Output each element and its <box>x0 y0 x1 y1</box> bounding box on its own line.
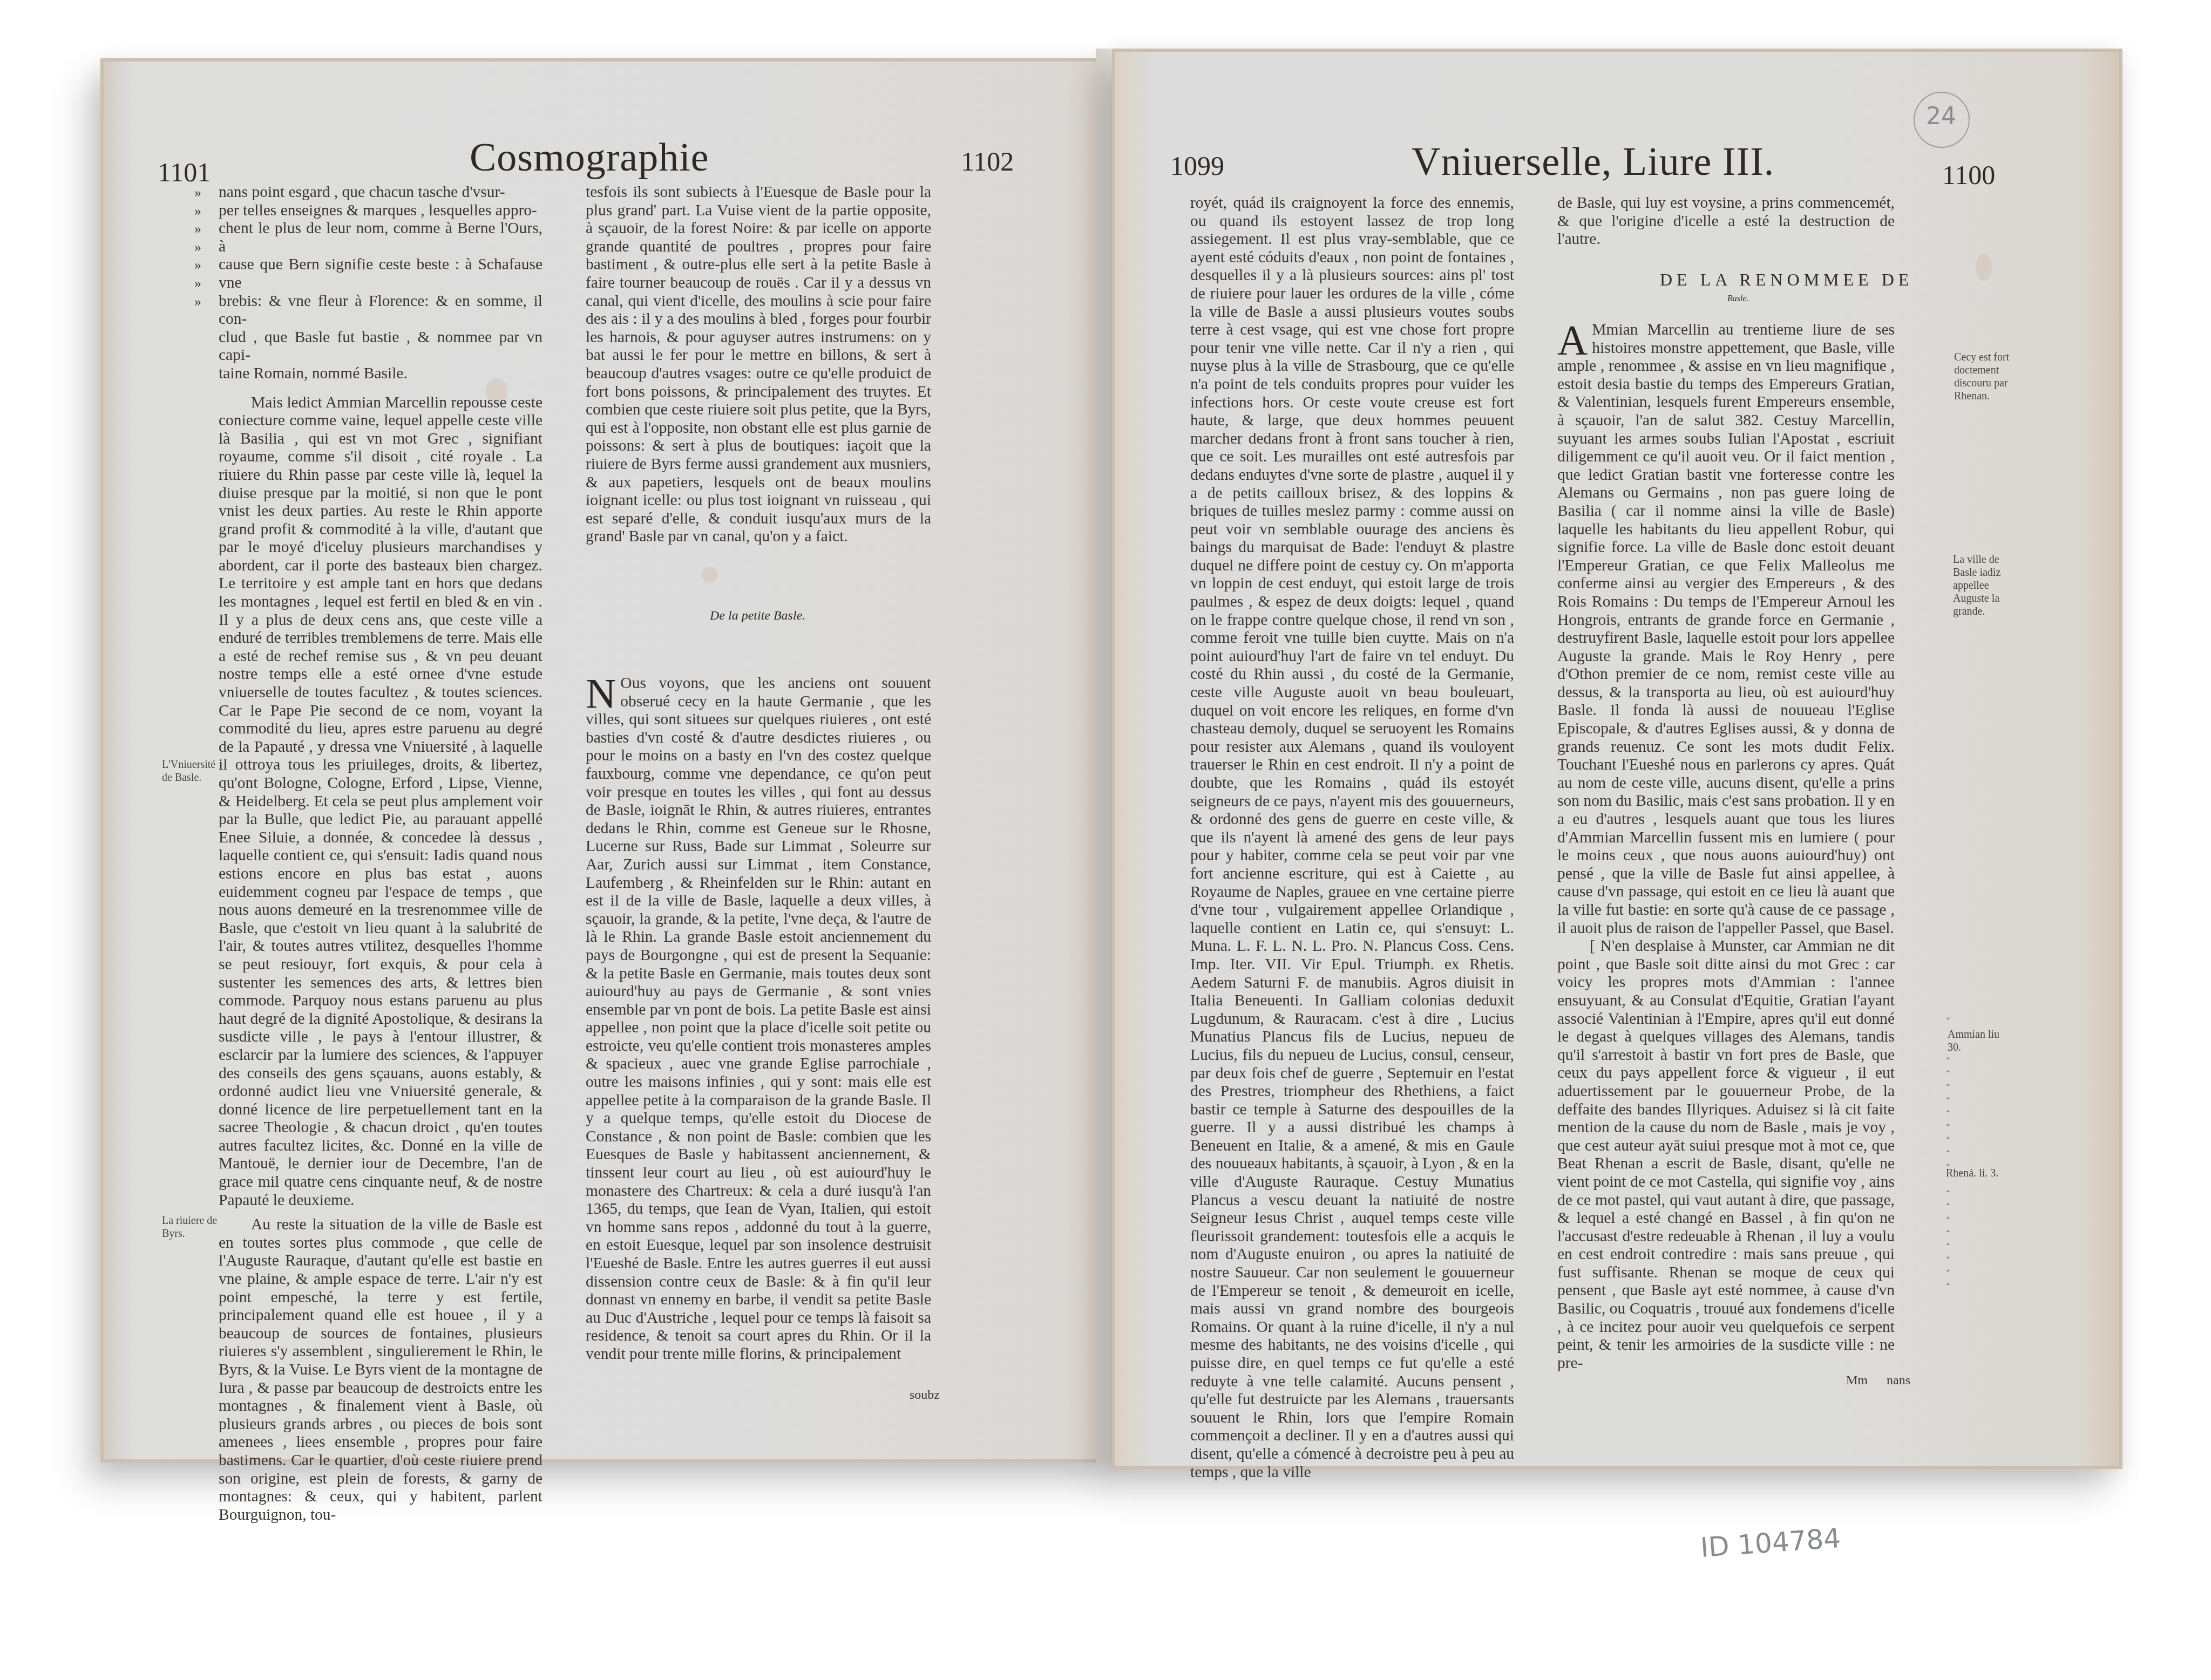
quoted-line: per telles enseignes & marques , lesquel… <box>219 202 542 220</box>
foxing-stain <box>1976 254 1992 281</box>
quoted-line: chent le plus de leur nom, comme à Berne… <box>219 220 542 256</box>
dropcap-n: N <box>586 677 616 710</box>
pencil-number-24: 24 <box>1926 103 1956 130</box>
paragraph: Au reste la situation de la ville de Bas… <box>219 1216 542 1524</box>
pencil-inventory-number: ID 104784 <box>1699 1522 1841 1563</box>
paragraph: royét, quád ils craignoyent la force des… <box>1190 194 1514 1481</box>
paragraph: tesfois ils sont subiects à l'Euesque de… <box>586 183 931 546</box>
margin-note-rhenan: Cecy est fort doctement discouru par Rhe… <box>1954 351 2013 403</box>
column-3: royét, quád ils craignoyent la force des… <box>1190 194 1514 1481</box>
paragraph: [ N'en desplaise à Munster, car Ammian n… <box>1557 937 1895 1372</box>
margin-note-universite: L'Vniuersité de Basle. <box>162 758 221 784</box>
foxing-stain <box>702 567 718 583</box>
paragraph: Mmian Marcellin au trentieme liure de se… <box>1557 321 1895 937</box>
margin-note-riuiere-byrs: La riuiere de Byrs. <box>162 1214 221 1240</box>
subheading-petite-basle: De la petite Basle. <box>710 609 805 623</box>
section-heading-renommee: DE LA RENOMMEE DE <box>1660 270 1913 290</box>
dropcap-a: A <box>1557 323 1588 357</box>
running-head-vniuerselle: Vniuerselle, Liure III. <box>1412 139 1774 185</box>
margin-note-auguste: La ville de Basle iadiz appellee Auguste… <box>1953 553 2012 618</box>
section-heading-basle: Basle. <box>1727 294 1749 304</box>
paragraph: Ous voyons, que les anciens ont souuent … <box>586 675 931 1364</box>
folio-1102: 1102 <box>961 146 1014 177</box>
quoted-line: clud , que Basle fut bastie , & nommee p… <box>219 329 542 365</box>
quoted-block: nans point esgard , que chacun tasche d'… <box>219 183 542 383</box>
margin-note-ammian: Ammian liu 30. <box>1948 1028 2007 1054</box>
paragraph: Mais ledict Ammian Marcellin repousse ce… <box>219 394 542 1210</box>
catchword-nans: nans <box>1887 1373 1910 1388</box>
folio-1101: 1101 <box>158 157 211 188</box>
quoted-line: taine Romain, nommé Basile. <box>219 365 542 383</box>
column-2-lower: N Ous voyons, que les anciens ont souuen… <box>586 675 931 1364</box>
quoted-line: cause que Bern signifie ceste beste : à … <box>219 256 542 292</box>
paragraph: de Basle, qui luy est voysine, a prins c… <box>1557 194 1895 249</box>
quote-marks: »»»»»»» <box>194 183 201 310</box>
column-2: tesfois ils sont subiects à l'Euesque de… <box>586 183 931 546</box>
quoted-line: brebis: & vne fleur à Florence: & en som… <box>219 293 542 329</box>
column-4-lower: A Mmian Marcellin au trentieme liure de … <box>1557 321 1895 1372</box>
catchword-soubz: soubz <box>910 1388 940 1403</box>
quoted-line: nans point esgard , que chacun tasche d'… <box>219 183 542 202</box>
margin-note-rhenan-li3: Rhená. li. 3. <box>1946 1167 2011 1180</box>
quote-marks: ““““““““““““““““““ <box>1947 1015 1950 1293</box>
folio-1100: 1100 <box>1942 159 1995 191</box>
running-head-cosmographie: Cosmographie <box>470 135 709 181</box>
folio-1099: 1099 <box>1170 150 1224 181</box>
column-4: de Basle, qui luy est voysine, a prins c… <box>1557 194 1895 249</box>
signature-mm: Mm <box>1846 1373 1868 1388</box>
column-1: nans point esgard , que chacun tasche d'… <box>219 183 542 1524</box>
